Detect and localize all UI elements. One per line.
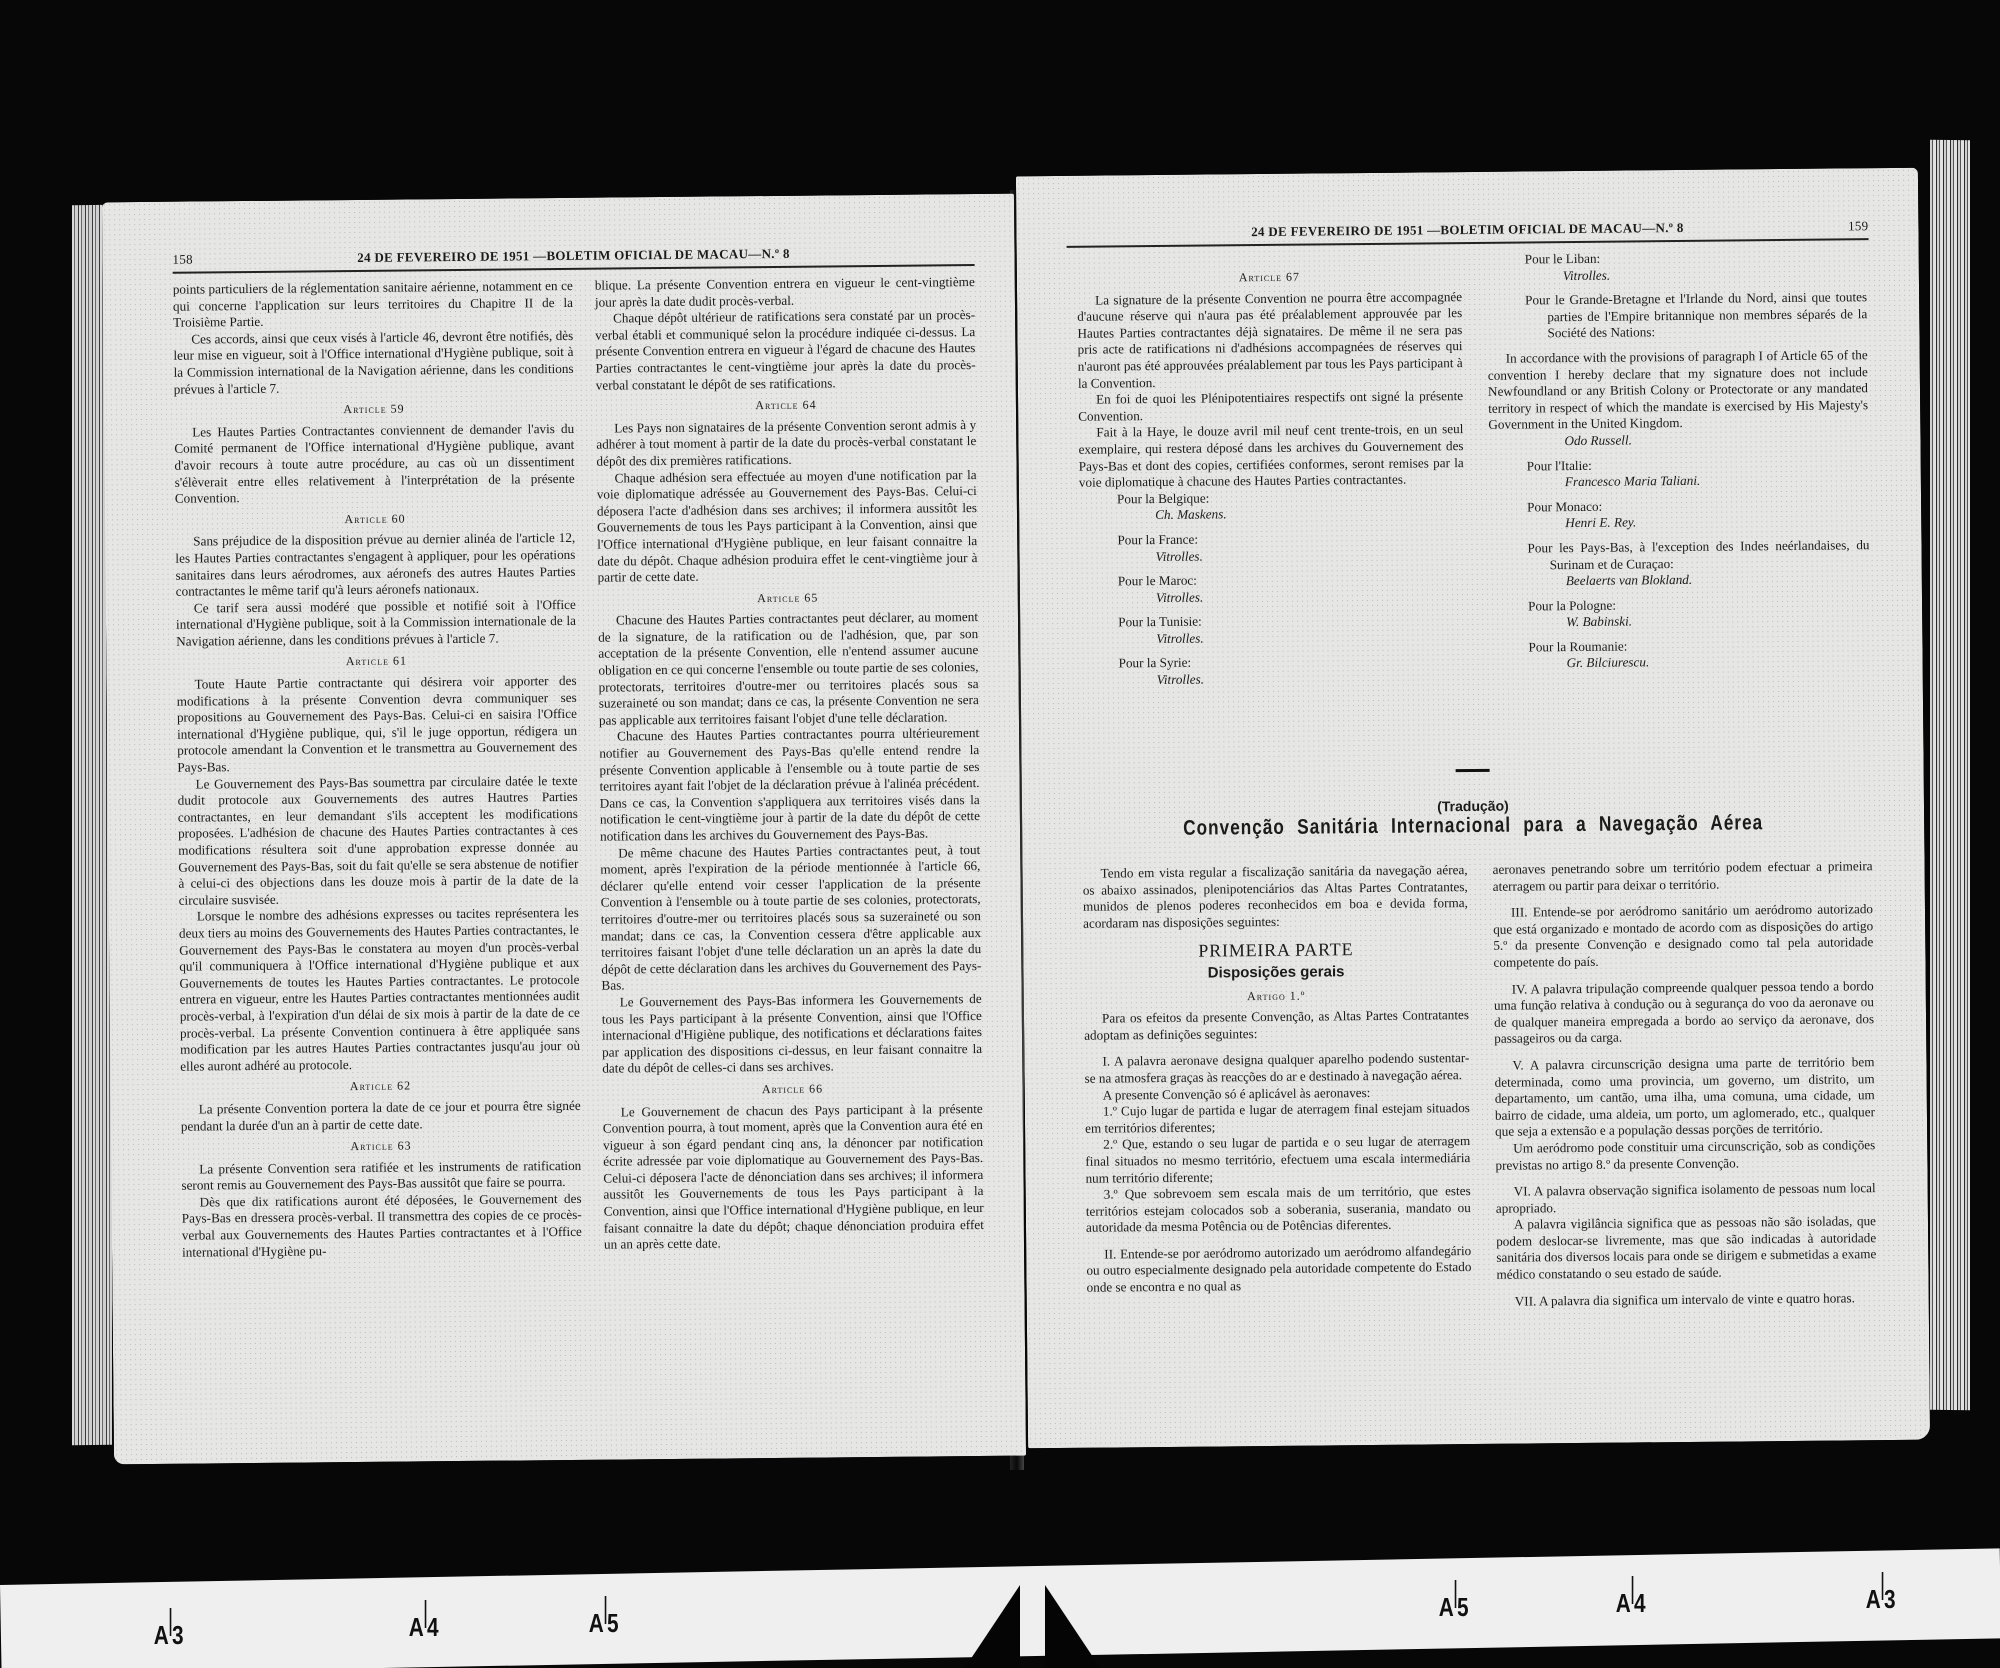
- running-title: 24 DE FEVEREIRO DE 1951 —BOLETIM OFICIAL…: [172, 244, 974, 268]
- signatory-name: Vitrolles.: [1563, 265, 1867, 285]
- paragraph: Toute Haute Partie contractante qui dési…: [177, 673, 578, 776]
- paragraph: Para os efeitos da presente Convenção, a…: [1084, 1007, 1469, 1044]
- article-heading: Article 66: [602, 1079, 982, 1099]
- text-column: Pour le Liban:Vitrolles.Pour le Grande-B…: [1487, 248, 1871, 681]
- signatory-name: Francesco Maria Taliani.: [1565, 471, 1869, 491]
- translation-header: (Tradução): [1071, 733, 1874, 818]
- paragraph: III. Entende-se por aeródromo sanitário …: [1493, 901, 1874, 971]
- paragraph: IV. A palavra tripulação compreende qual…: [1494, 978, 1875, 1048]
- signatory: Pour la Belgique:Ch. Maskens.: [1117, 488, 1464, 525]
- paragraph: Lorsque le nombre des adhésions expresse…: [179, 905, 581, 1075]
- signatory: Pour l'Italie:Francesco Maria Taliani.: [1527, 455, 1869, 491]
- paragraph: Les Pays non signataires de la présente …: [596, 417, 976, 470]
- paragraph: Chaque adhésion sera effectuée au moyen …: [597, 467, 978, 587]
- right-page: 24 DE FEVEREIRO DE 1951 —BOLETIM OFICIAL…: [1016, 168, 1930, 1449]
- paragraph: VII. A palavra dia significa um interval…: [1497, 1290, 1877, 1310]
- left-page: 158 24 DE FEVEREIRO DE 1951 —BOLETIM OFI…: [102, 194, 1026, 1465]
- signatory: Pour la Pologne:W. Babinski.: [1528, 595, 1870, 631]
- paragraph: aeronaves penetrando sobre um território…: [1493, 858, 1873, 895]
- article-heading: Article 64: [596, 395, 976, 415]
- text-column: Article 67La signature de la présente Co…: [1077, 262, 1466, 697]
- signatory-name: Gr. Bilciurescu.: [1567, 653, 1871, 673]
- paragraph: De même chacune des Hautes Parties contr…: [600, 842, 981, 995]
- section-rule: [1456, 769, 1490, 772]
- paragraph: Chacune des Hautes Parties contractantes…: [599, 725, 980, 845]
- film-marker: A3: [1866, 1584, 1896, 1615]
- frame-pointer-left: [960, 1585, 1020, 1668]
- article-heading: Article 61: [176, 651, 576, 671]
- paragraph: II. Entende-se por aeródromo autorizado …: [1086, 1243, 1471, 1296]
- signatory-name: Beelaerts van Blokland.: [1566, 570, 1870, 590]
- paragraph: I. A palavra aeronave designa qualquer a…: [1084, 1050, 1469, 1087]
- paragraph: Sans préjudice de la disposition prévue …: [175, 530, 576, 600]
- translation-title: Convenção Sanitária Internacional para a…: [1144, 811, 1802, 841]
- paragraph: Chacune des Hautes Parties contractantes…: [598, 609, 979, 729]
- paragraph: V. A palavra circunscrição designa uma p…: [1494, 1054, 1875, 1141]
- paragraph: La présente Convention portera la date d…: [181, 1098, 581, 1135]
- article-heading: Article 60: [175, 509, 575, 529]
- paragraph: 1.º Cujo lugar de partida e lugar de ate…: [1085, 1100, 1470, 1137]
- paragraph: Le Gouvernement des Pays-Bas informera l…: [602, 991, 983, 1078]
- paragraph: Dès que dix ratifications auront été dép…: [181, 1191, 582, 1261]
- signatory-name: Henri E. Rey.: [1565, 512, 1869, 532]
- paragraph: Le Gouvernement de chacun des Pays parti…: [603, 1100, 984, 1253]
- signatory: Pour les Pays-Bas, à l'exception des Ind…: [1527, 537, 1869, 590]
- paragraph: Le Gouvernement des Pays-Bas soumettra p…: [177, 772, 578, 909]
- signatory: Pour le Maroc:Vitrolles.: [1118, 570, 1465, 607]
- signatory-name: Vitrolles.: [1157, 669, 1466, 689]
- text-column: blique. La présente Convention entrera e…: [595, 274, 984, 1253]
- film-marker: A5: [589, 1608, 619, 1639]
- paragraph: A palavra vigilância significa que as pe…: [1496, 1213, 1877, 1283]
- part-heading: PRIMEIRA PARTE: [1083, 940, 1468, 960]
- signatory: Pour la Roumanie:Gr. Bilciurescu.: [1528, 636, 1870, 672]
- signatory: Pour le Liban:Vitrolles.: [1525, 248, 1867, 284]
- film-marker: A4: [409, 1612, 439, 1643]
- signatory-name: Vitrolles.: [1156, 628, 1465, 648]
- signatory-name: Vitrolles.: [1156, 587, 1465, 607]
- signatory-name: Vitrolles.: [1155, 546, 1464, 566]
- paragraph: La signature de la présente Convention n…: [1077, 289, 1463, 392]
- signatory: Pour le Grande-Bretagne et l'Irlande du …: [1525, 289, 1867, 342]
- paragraph: En foi de quoi les Plénipotentiaires res…: [1078, 388, 1463, 425]
- signatory: Pour Monaco:Henri E. Rey.: [1527, 496, 1869, 532]
- paragraph: points particuliers de la réglementation…: [173, 278, 573, 332]
- paragraph: La présente Convention sera ratifiée et …: [181, 1158, 581, 1195]
- article-heading: Article 62: [180, 1076, 580, 1096]
- running-title: 24 DE FEVEREIRO DE 1951 —BOLETIM OFICIAL…: [1066, 218, 1868, 242]
- article-heading: Article 67: [1077, 267, 1462, 287]
- paragraph: Um aeródromo pode constituir uma circuns…: [1495, 1137, 1875, 1174]
- article-heading: Article 63: [181, 1136, 581, 1156]
- paragraph: VI. A palavra observação significa isola…: [1496, 1180, 1876, 1217]
- text-column: Tendo em vista regular a fiscalização sa…: [1083, 862, 1472, 1296]
- paragraph: 2.º Que, estando o seu lugar de partida …: [1085, 1133, 1470, 1186]
- signatory-name: Odo Russell.: [1564, 430, 1868, 450]
- film-marker: A5: [1439, 1592, 1469, 1623]
- text-column: aeronaves penetrando sobre um território…: [1493, 858, 1877, 1310]
- paragraph: Fait à la Haye, le douze avril mil neuf …: [1078, 421, 1464, 491]
- article-heading: Article 65: [598, 588, 978, 608]
- book-edge-right: [1930, 140, 1970, 1411]
- signatory-name: W. Babinski.: [1566, 611, 1870, 631]
- signatory-country: Pour le Grande-Bretagne et l'Irlande du …: [1525, 289, 1867, 342]
- text-column: points particuliers de la réglementation…: [173, 278, 582, 1261]
- signatory: Pour la Syrie:Vitrolles.: [1119, 653, 1466, 690]
- signatory: Pour la Tunisie:Vitrolles.: [1118, 611, 1465, 648]
- paragraph: Tendo em vista regular a fiscalização sa…: [1083, 862, 1469, 932]
- paragraph: 3.º Que sobrevoem sem escala mais de um …: [1086, 1183, 1471, 1236]
- paragraph: Chaque dépôt ultérieur de ratifications …: [595, 307, 976, 394]
- paragraph: blique. La présente Convention entrera e…: [595, 274, 975, 311]
- film-marker: A3: [154, 1620, 184, 1651]
- signatory-name: Ch. Maskens.: [1155, 504, 1464, 524]
- signatory: Pour la France:Vitrolles.: [1117, 529, 1464, 566]
- paragraph: In accordance with the provisions of par…: [1488, 347, 1869, 434]
- signatory: Odo Russell.: [1526, 430, 1868, 450]
- paragraph: Ce tarif sera aussi modéré que possible …: [176, 597, 576, 651]
- article-heading: Artigo 1.º: [1084, 986, 1469, 1006]
- running-head: 158 24 DE FEVEREIRO DE 1951 —BOLETIM OFI…: [172, 242, 974, 274]
- paragraph: Les Hautes Parties Contractantes convien…: [174, 421, 575, 508]
- page-number: 159: [1848, 218, 1869, 234]
- frame-pointer-right: [1045, 1585, 1105, 1668]
- film-marker: A4: [1616, 1588, 1646, 1619]
- article-heading: Article 59: [174, 399, 574, 419]
- section-heading: Disposições gerais: [1084, 963, 1469, 983]
- paragraph: Ces accords, ainsi que ceux visés à l'ar…: [173, 328, 574, 398]
- signatory-country: Pour les Pays-Bas, à l'exception des Ind…: [1527, 537, 1869, 573]
- running-head: 24 DE FEVEREIRO DE 1951 —BOLETIM OFICIAL…: [1066, 216, 1868, 248]
